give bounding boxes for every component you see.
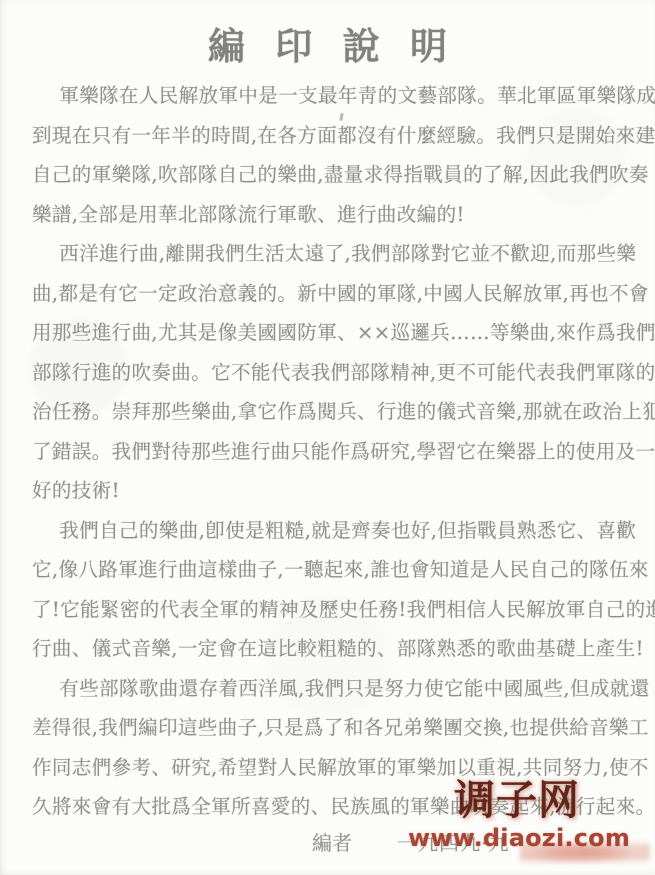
body-line: 作同志們參考、研究,希望對人民解放軍的軍樂加以重視,共同努力,使不 — [32, 748, 637, 788]
body-line: 了錯誤。我們對待那些進行曲只能作爲研究,學習它在樂器上的使用及一些 — [32, 432, 637, 472]
body-line: 部隊行進的吹奏曲。它不能代表我們部隊精神,更不可能代表我們軍隊的政 — [32, 353, 637, 393]
body-line: 軍樂隊在人民解放軍中是一支最年靑的文藝部隊。華北軍區軍樂隊成立 — [32, 76, 637, 116]
body-line: 久將來會有大批爲全軍所喜愛的、民族風的軍樂曲吹奏起來,流行起來。 — [32, 787, 637, 827]
page-title: 編印說明 — [0, 0, 655, 70]
body-line: 好的技術! — [32, 471, 637, 511]
signature-line: 編者一九四九·九· — [312, 827, 517, 856]
body-line: 了!它能緊密的代表全軍的精神及歷史任務!我們相信人民解放軍自己的進 — [32, 590, 637, 630]
body-line: 差得很,我們編印這些曲子,只是爲了和各兄弟樂團交換,也提供給音樂工 — [32, 708, 637, 748]
body-line: 西洋進行曲,離開我們生活太遠了,我們部隊對它並不歡迎,而那些樂 — [32, 234, 637, 274]
watermark-ghost — [520, 838, 650, 864]
scanned-document-page: 編印說明 軍樂隊在人民解放軍中是一支最年靑的文藝部隊。華北軍區軍樂隊成立 到現在… — [0, 0, 655, 875]
body-line: 曲,都是有它一定政治意義的。新中國的軍隊,中國人民解放軍,再也不會 — [32, 274, 637, 314]
body-line: 我們自己的樂曲,卽使是粗糙,就是齊奏也好,但指戰員熟悉它、喜歡 — [32, 511, 637, 551]
publication-date: 一九四九·九· — [397, 831, 517, 855]
body-line: 樂譜,全部是用華北部隊流行軍歌、進行曲改編的! — [32, 195, 637, 235]
body-line: 用那些進行曲,尤其是像美國國防軍、××巡邏兵……等樂曲,來作爲我們 — [32, 313, 637, 353]
body-line: 行曲、儀式音樂,一定會在這比較粗糙的、部隊熟悉的歌曲基礎上產生! — [32, 629, 637, 669]
document-body: 軍樂隊在人民解放軍中是一支最年靑的文藝部隊。華北軍區軍樂隊成立 到現在只有一年半… — [32, 76, 637, 827]
editor-label: 編者 — [312, 831, 352, 855]
body-line: 有些部隊歌曲還存着西洋風,我們只是努力使它能中國風些,但成就還 — [32, 669, 637, 709]
body-line: 它,像八路軍進行曲這樣曲子,一聽起來,誰也會知道是人民自己的隊伍來 — [32, 550, 637, 590]
body-line: 到現在只有一年半的時間,在各方面都沒有什麼經驗。我們只是開始來建設 — [32, 116, 637, 156]
body-line: 治任務。崇拜那些樂曲,拿它作爲閱兵、行進的儀式音樂,那就在政治上犯 — [32, 392, 637, 432]
body-line: 自己的軍樂隊,吹部隊自己的樂曲,盡量求得指戰員的了解,因此我們吹奏 — [32, 155, 637, 195]
